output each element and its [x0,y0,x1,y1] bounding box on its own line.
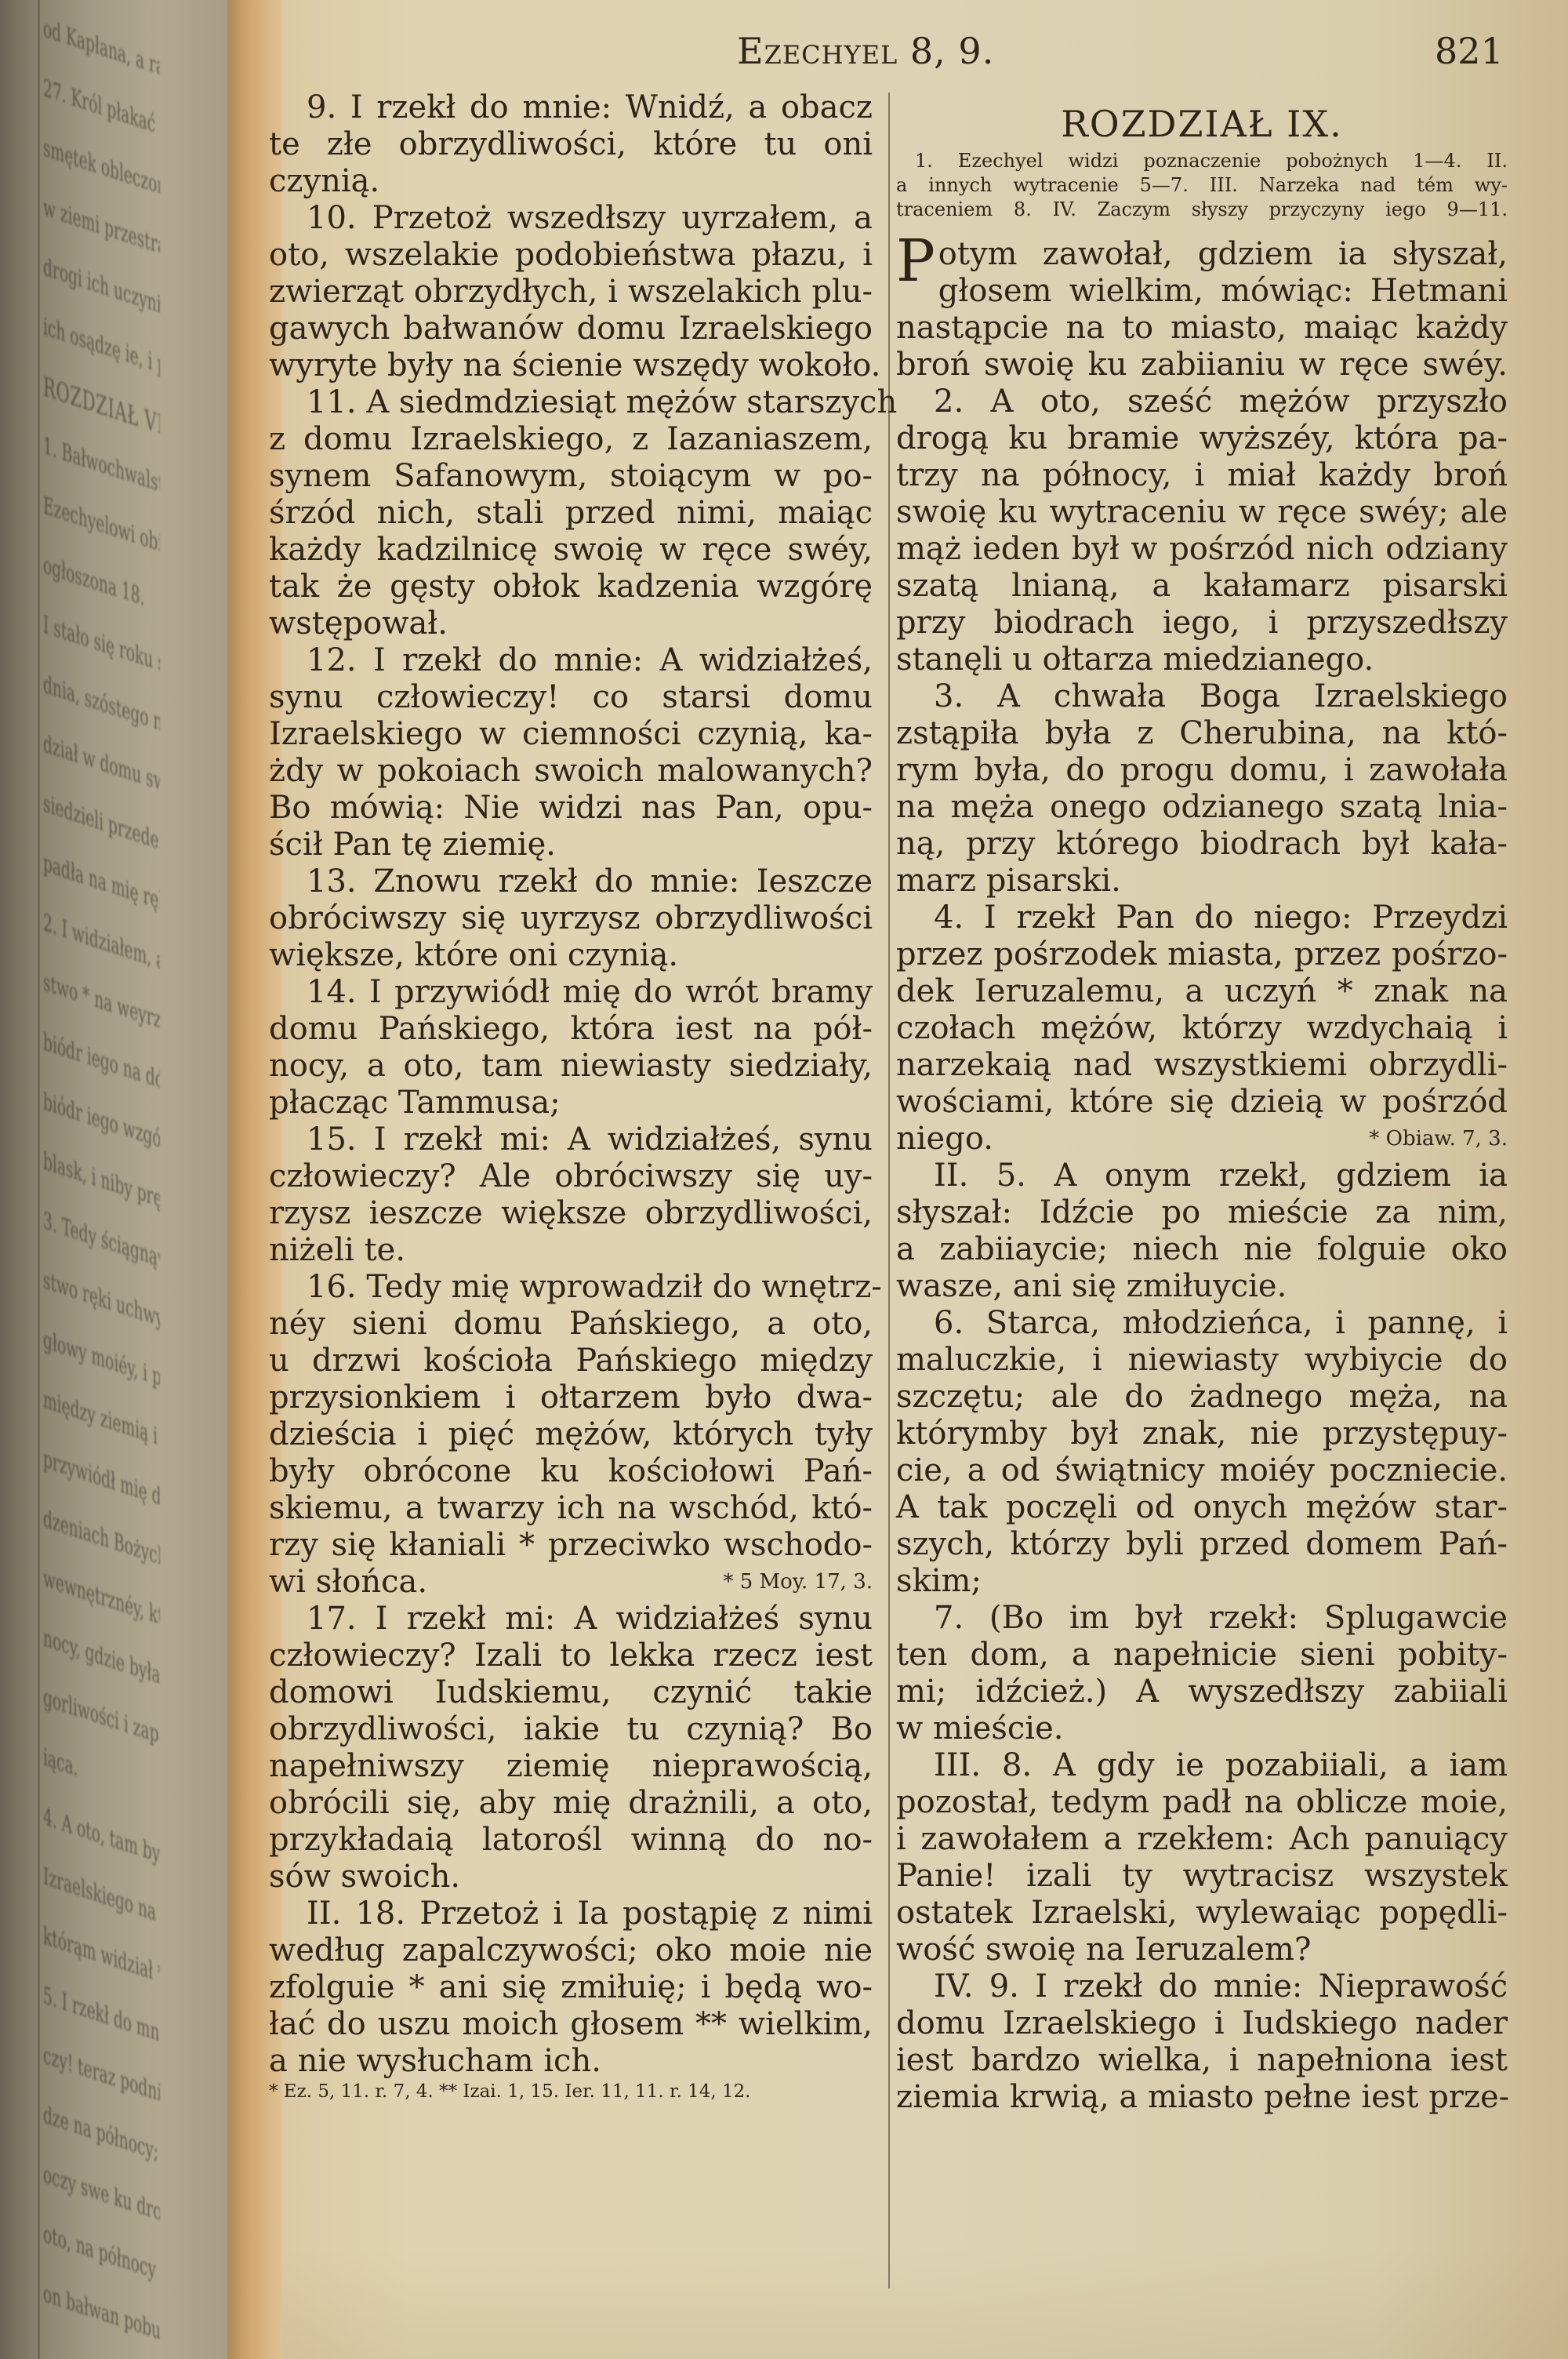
text-line: oto, wszelakie podobieństwa płazu, i [269,237,873,274]
previous-page-line: I stało się roku szóstego [43,612,160,676]
text-line: 7. (Bo im był rzekł: Splugawcie [896,1600,1508,1637]
text-line: narzekaią nad wszystkiemi obrzydli- [896,1047,1508,1084]
line-text: zstąpiła była z Cherubina, na któ- [896,715,1508,751]
text-line: 3. A chwała Boga Izraelskiego [896,678,1508,715]
text-line: szczętu; ale do żadnego męża, na [896,1379,1508,1416]
line-text: 6. Starca, młodzieńca, i pannę, i [934,1305,1508,1341]
previous-page-line: biódr iego wzgórę na weyrzeniu [43,1089,160,1153]
line-text: wi słońca. [269,1564,427,1600]
text-line: Izraelskiego w ciemności czynią, ka- [269,716,873,753]
text-line: Potym zawołał, gdziem ia słyszał, [896,236,1508,273]
previous-page-line: siedzieli przedemną, iż tam przy [43,791,160,855]
line-text: 3. A chwała Boga Izraelskiego [934,678,1508,714]
line-text: Bo mówią: Nie widzi nas Pan, opu- [269,790,873,826]
line-text: iest bardzo wielka, i napełniona iest [896,2042,1508,2078]
summary-line: a innych wytracenie 5—7. III. Narzeka na… [896,173,1508,198]
line-text: z domu Izraelskiego, z Iazaniaszem, [269,421,873,457]
text-line: 11. A siedmdziesiąt mężów starszych [269,384,873,421]
previous-page-line: blask, i niby prędka światłość. [43,1148,160,1212]
running-head-text: Ezechyel 8, 9. [737,30,994,72]
text-line: czołach mężów, którzy wzdychaią i [896,1010,1508,1047]
line-text: niego. [896,1121,993,1157]
line-text: rym była, do progu domu, i zawołała [896,752,1508,788]
text-line: napełniwszy ziemię nieprawością, [269,1748,873,1785]
line-text: IV. 9. I rzekł do mnie: Nieprawość [934,1968,1508,2005]
line-text: trzy na północy, i miał każdy broń [896,457,1508,493]
text-line: sów swoich. [269,1859,873,1896]
text-line: ścił Pan tę ziemię. [269,827,873,863]
text-line: 4. I rzekł Pan do niego: Przeydzi [896,900,1508,936]
text-line: mąż ieden był w pośrzód nich odziany [896,531,1508,568]
text-line: płacząc Tammusa; [269,1085,873,1121]
previous-page-line: głowy moiéy, i podniósł mię [43,1327,160,1391]
line-text: mąż ieden był w pośrzód nich odziany [896,531,1508,567]
text-line: obrzydliwości, iakie tu czynią? Bo [269,1711,873,1748]
text-line: trzy na północy, i miał każdy broń [896,457,1508,494]
previous-page-line: 4. A oto, tam była chwała [43,1804,160,1868]
text-line: 12. I rzekł do mnie: A widziałżeś, [269,642,873,679]
line-text: oto, wszelakie podobieństwa płazu, i [269,237,873,273]
text-line: większe, które oni czynią. [269,937,873,974]
line-text: skiemu, a twarzy ich na wschód, któ- [269,1490,873,1526]
text-line: ostatek Izraelski, wylewaiąc popędli- [896,1895,1508,1932]
text-line: marz pisarski. [896,863,1508,900]
previous-page-line: 5. I rzekł do mnie: Synu [43,1983,160,2047]
line-text: 9. I rzekł do mnie: Wnidź, a obacz [307,89,873,125]
text-line: niżeli te. [269,1232,873,1269]
line-text: te złe obrzydliwości, które tu oni [269,126,873,162]
text-line: domu Izraelskiego i Iudskiego nader [896,2005,1508,2042]
chapter-summary: 1. Ezechyel widzi poznaczenie pobożnych … [896,149,1508,222]
line-text: 16. Tedy mię wprowadził do wnętrz- [307,1269,882,1305]
text-line: i zawołałem a rzekłem: Ach panuiący [896,1821,1508,1858]
page-shading [282,2249,1568,2359]
text-line: którymby był znak, nie przystępuy- [896,1416,1508,1452]
line-text: II. 5. A onym rzekł, gdziem ia [934,1158,1508,1194]
previous-page-line: gorliwości i zapalczywości po- [43,1685,160,1749]
text-line: synu człowieczy! co starsi domu [269,679,873,716]
line-text: człowieczy? Izali to lekka rzecz iest [269,1637,873,1674]
line-text: ścił Pan tę ziemię. [269,827,556,863]
previous-page-edge: od Kapłana, a rada27. Król płakać będzie… [0,0,227,2359]
text-line: w mieście. [896,1710,1508,1747]
text-line: zfolguie * ani się zmiłuię; i będą wo- [269,1969,873,2006]
line-text: 4. I rzekł Pan do niego: Przeydzi [934,900,1508,936]
text-line: domu Pańskiego, która iest na pół- [269,1011,873,1048]
previous-page-line: przywiódł mię do Ieruzalem [43,1446,160,1510]
line-text: A tak poczęli od onych mężów star- [896,1489,1508,1525]
text-line: obróciwszy się uyrzysz obrzydliwości [269,900,873,937]
text-line: skiemu, a twarzy ich na wschód, któ- [269,1490,873,1527]
text-line: zwierząt obrzydłych, i wszelakich plu- [269,274,873,311]
previous-page-line: ogłoszona 18. [43,552,160,616]
line-text: czołach mężów, którzy wzdychaią i [896,1010,1508,1046]
previous-page-line: od Kapłana, a rada [43,16,160,80]
summary-line: traceniem 8. IV. Zaczym słyszy przyczyny… [896,198,1508,222]
line-text: 15. I rzekł mi: A widziałżeś, synu [307,1121,873,1158]
previous-page-line: nocy, gdzie była stolica bał- [43,1625,160,1689]
text-line: 16. Tedy mię wprowadził do wnętrz- [269,1269,873,1306]
line-text: ostatek Izraelski, wylewaiąc popędli- [896,1895,1508,1931]
text-line: iest bardzo wielka, i napełniona iest [896,2042,1508,2079]
text-line: Panie! izali ty wytracisz wszystek [896,1858,1508,1895]
text-line: nocy, a oto, tam niewiasty siedziały, [269,1048,873,1085]
line-text: 14. I przywiódł mię do wrót bramy [307,974,873,1010]
text-line: głosem wielkim, mówiąc: Hetmani [896,273,1508,310]
text-line: niego.* Obiaw. 7, 3. [896,1121,1508,1158]
text-line: drogą ku bramie wyższéy, która pa- [896,420,1508,457]
text-line: swoię ku wytraceniu w ręce swéy; ale [896,494,1508,531]
line-text: każdy kadzilnicę swoię w ręce swéy, [269,532,873,568]
line-text: mi; idźcież.) A wyszedłszy zabiiali [896,1674,1508,1710]
text-line: rzysz ieszcze większe obrzydliwości, [269,1195,873,1232]
line-text: rzy się kłaniali * przeciwko wschodo- [269,1527,873,1563]
line-text: gawych bałwanów domu Izraelskiego [269,311,873,347]
page-footnote: * Ez. 5, 11. r. 7, 4. ** Izai. 1, 15. Ie… [269,2080,873,2103]
left-column: 9. I rzekł do mnie: Wnidź, a obaczte złe… [269,89,873,2103]
text-line: A tak poczęli od onych mężów star- [896,1489,1508,1526]
line-text: nastąpcie na to miasto, maiąc każdy [896,310,1508,346]
line-text: większe, które oni czynią. [269,937,678,973]
line-text: nocy, a oto, tam niewiasty siedziały, [269,1048,873,1084]
text-line: a zabiiaycie; niech nie folguie oko [896,1231,1508,1268]
line-text: domu Pańskiego, która iest na pół- [269,1011,873,1047]
text-line: stanęli u ołtarza miedzianego. [896,642,1508,678]
line-text: Panie! izali ty wytracisz wszystek [896,1858,1508,1894]
right-column-verses: Potym zawołał, gdziem ia słyszał,głosem … [896,236,1508,2116]
text-line: przysionkiem i ołtarzem było dwa- [269,1379,873,1416]
text-line: rzy się kłaniali * przeciwko wschodo- [269,1527,873,1564]
line-text: wość swoię na Ieruzalem? [896,1932,1311,1968]
previous-page-column-rule [38,0,40,2359]
line-text: a nie wysłucham ich. [269,2043,601,2079]
inline-footnote: * 5 Moy. 17, 3. [723,1564,873,1601]
text-line: 14. I przywiódł mię do wrót bramy [269,974,873,1011]
previous-page-line: Izraelskiego na weyrzeniu iako [43,1863,160,1928]
line-text: 17. I rzekł mi: A widziałżeś synu [307,1601,873,1637]
line-text: 11. A siedmdziesiąt mężów starszych [307,384,897,420]
line-text: sów swoich. [269,1859,460,1895]
text-line: II. 5. A onym rzekł, gdziem ia [896,1158,1508,1194]
line-text: marz pisarski. [896,863,1121,899]
line-text: obrzydliwości, iakie tu czynią? Bo [269,1711,873,1747]
line-text: zwierząt obrzydłych, i wszelakich plu- [269,274,873,310]
text-line: słyszał: Idźcie po mieście za nim, [896,1194,1508,1231]
line-text: niżeli te. [269,1232,405,1268]
line-text: ziemia krwią, a miasto pełne iest prze- [896,2079,1509,2115]
text-line: skim; [896,1563,1508,1600]
previous-page-line: smętek obleczone będzie, a ręce lu- [43,135,160,199]
text-line: 10. Przetoż wszedłszy uyrzałem, a [269,200,873,237]
line-text: stanęli u ołtarza miedzianego. [896,642,1374,678]
text-line: gawych bałwanów domu Izraelskiego [269,311,873,347]
line-text: Izraelskiego w ciemności czynią, ka- [269,716,873,752]
text-line: 9. I rzekł do mnie: Wnidź, a obacz [269,89,873,126]
line-text: człowieczy? Ale obróciwszy się uy- [269,1158,873,1194]
line-text: w mieście. [896,1710,1063,1747]
previous-page-line: Ezechyelowi obiawione 1—18. II. i pomsta [43,493,160,557]
text-line: 15. I rzekł mi: A widziałżeś, synu [269,1121,873,1158]
text-line: człowieczy? Izali to lekka rzecz iest [269,1637,873,1674]
previous-page-line: dział w domu swym, i starsi Iudz- [43,731,160,795]
line-text: wstępował. [269,605,448,642]
text-line: ten dom, a napełnicie sieni pobity- [896,1637,1508,1674]
line-text: 12. I rzekł do mnie: A widziałżeś, [307,642,873,678]
previous-page-line: ROZDZIAŁ VIII. [43,373,160,438]
text-line: rym była, do progu domu, i zawołała [896,752,1508,789]
text-line: u drzwi kościoła Pańskiego między [269,1343,873,1379]
line-text: broń swoię ku zabiianiu w ręce swéy. [896,347,1508,383]
text-line: na męża onego odzianego szatą lnia- [896,789,1508,826]
text-line: Bo mówią: Nie widzi nas Pan, opu- [269,790,873,827]
line-text: swoię ku wytraceniu w ręce swéy; ale [896,494,1508,530]
text-line: przy biodrach iego, i przyszedłszy [896,605,1508,642]
line-text: a zabiiaycie; niech nie folguie oko [896,1231,1508,1267]
previous-page-line: oczy swe ku drodze na pół- [43,2161,160,2226]
line-text: przez pośrzodek miasta, przez pośrzo- [896,936,1508,972]
line-text: III. 8. A gdy ie pozabiiali, a iam [934,1747,1508,1783]
text-line: mi; idźcież.) A wyszedłszy zabiiali [896,1674,1508,1710]
text-line: wi słońca.* 5 Moy. 17, 3. [269,1564,873,1601]
line-text: zfolguie * ani się zmiłuię; i będą wo- [269,1969,873,2005]
previous-page-line: dze na północy; a ia podnio- [43,2102,160,2166]
previous-page-line: oto, na północy był u bramy [43,2221,160,2285]
text-line: śrzód nich, stali przed nimi, maiąc [269,495,873,532]
previous-page-line: czy! teraz podnieś oczy swe [43,2042,160,2106]
previous-page-line: drogi ich uczynię im, i wedle sądów [43,254,160,318]
text-line: maluczkie, i niewiasty wybiycie do [896,1342,1508,1379]
text-line: nastąpcie na to miasto, maiąc każdy [896,310,1508,347]
line-text: u drzwi kościoła Pańskiego między [269,1343,873,1379]
inline-footnote: * Obiaw. 7, 3. [1369,1121,1508,1158]
line-text: 7. (Bo im był rzekł: Splugawcie [934,1600,1508,1636]
line-text: 2. A oto, sześć mężów przyszło [934,383,1508,420]
text-line: 13. Znowu rzekł do mnie: Ieszcze [269,863,873,900]
previous-page-line: iąca. [43,1744,160,1808]
line-text: domu Izraelskiego i Iudskiego nader [896,2005,1508,2041]
previous-page-line: on bałwan pobudzaiący [43,2281,160,2345]
previous-page-line: 1. Bałwochwalstwo było w Ieruzalemie pok… [43,433,160,497]
text-line: ziemia krwią, a miasto pełne iest prze- [896,2079,1508,2116]
line-text: II. 18. Przetoż i Ia postąpię z nimi [307,1896,873,1932]
text-line: dek Ieruzalemu, a uczyń * znak na [896,973,1508,1010]
text-line: obrócili się, aby mię drażnili, a oto, [269,1785,873,1822]
text-line: wyryte były na ścienie wszędy wokoło. [269,347,873,384]
text-line: człowieczy? Ale obróciwszy się uy- [269,1158,873,1195]
line-text: narzekaią nad wszystkiemi obrzydli- [896,1047,1508,1083]
text-line: ną, przy którego biodrach był kała- [896,826,1508,863]
line-text: łać do uszu moich głosem ** wielkim, [269,2006,873,2042]
text-line: II. 18. Przetoż i Ia postąpię z nimi [269,1896,873,1932]
line-text: rzysz ieszcze większe obrzydliwości, [269,1195,873,1231]
line-text: według zapalczywości; oko moie nie [269,1932,873,1968]
page-number: 821 [1435,30,1504,72]
line-text: przysionkiem i ołtarzem było dwa- [269,1379,873,1416]
text-line: z domu Izraelskiego, z Iazaniaszem, [269,421,873,458]
line-text: szczętu; ale do żadnego męża, na [896,1379,1508,1415]
previous-page-line: ich osądzę ie, i poznaią, żem Ia Pan. [43,314,160,378]
previous-page-line: 27. Król płakać będzie, a Książę [43,75,160,140]
text-line: 17. I rzekł mi: A widziałżeś synu [269,1601,873,1637]
text-line: przez pośrzodek miasta, przez pośrzo- [896,936,1508,973]
text-line: synem Safanowym, stoiącym w po- [269,458,873,495]
column-rule [888,93,890,2288]
summary-line: 1. Ezechyel widzi poznaczenie pobożnych … [896,149,1508,173]
line-text: tak że gęsty obłok kadzenia wzgórę [269,569,873,605]
text-line: żdy w pokoiach swoich malowanych? [269,753,873,790]
text-line: tak że gęsty obłok kadzenia wzgórę [269,569,873,605]
text-line: néy sieni domu Pańskiego, a oto, [269,1306,873,1343]
previous-page-line: padła na mię ręka panuiącego Pana. [43,850,160,914]
text-line: szych, którzy byli przed domem Pań- [896,1526,1508,1563]
text-line: domowi Iudskiemu, czynić takie [269,1674,873,1711]
line-text: 13. Znowu rzekł do mnie: Ieszcze [307,863,873,900]
previous-page-line: między ziemią i między niebem, [43,1387,160,1451]
line-text: pozostał, tedym padł na oblicze moie, [896,1784,1508,1820]
text-line: a nie wysłucham ich. [269,2043,873,2080]
line-text: czynią. [269,163,379,199]
line-text: na męża onego odzianego szatą lnia- [896,789,1508,825]
line-text: dzieścia i pięć mężów, których tyły [269,1416,873,1452]
previous-page-line: dzeniach Bożych, do wnijścia [43,1506,160,1570]
previous-page-line: stwo ręki uchwycił mię u kędzierza [43,1267,160,1332]
chapter-title: ROZDZIAŁ IX. [896,102,1508,146]
text-line: dzieścia i pięć mężów, których tyły [269,1416,873,1453]
text-line: zstąpiła była z Cherubina, na któ- [896,715,1508,752]
running-head: Ezechyel 8, 9. [737,30,994,72]
line-text: i zawołałem a rzekłem: Ach panuiący [896,1821,1508,1857]
text-line: wość swoię na Ieruzalem? [896,1932,1508,1968]
text-line: łać do uszu moich głosem ** wielkim, [269,2006,873,2043]
line-text: maluczkie, i niewiasty wybiycie do [896,1342,1508,1378]
line-text: obróciwszy się uyrzysz obrzydliwości [269,900,873,936]
line-text: szatą lnianą, a kałamarz pisarski [896,568,1508,604]
line-text: słyszał: Idźcie po mieście za nim, [896,1194,1508,1230]
line-text: 10. Przetoż wszedłszy uyrzałem, a [307,200,873,236]
right-column: ROZDZIAŁ IX. 1. Ezechyel widzi poznaczen… [896,102,1508,2116]
text-line: IV. 9. I rzekł do mnie: Nieprawość [896,1968,1508,2005]
line-text: wościami, które się dzieią w pośrzód [896,1084,1508,1120]
line-text: którymby był znak, nie przystępuy- [896,1416,1508,1452]
previous-page-line: stwo * na weyrzeniu iako ogień; [43,969,160,1034]
text-line: wstępował. [269,605,873,642]
text-line: czynią. [269,163,873,200]
line-text: żdy w pokoiach swoich malowanych? [269,753,873,789]
text-line: wościami, które się dzieią w pośrzód [896,1084,1508,1121]
text-line: były obrócone ku kościołowi Pań- [269,1453,873,1490]
text-line: broń swoię ku zabiianiu w ręce swéy. [896,347,1508,383]
line-text: synu człowieczy! co starsi domu [269,679,873,715]
line-text: dek Ieruzalemu, a uczyń * znak na [896,973,1508,1009]
previous-page-line: wewnętrznéy, która patrzy [43,1565,160,1630]
previous-page-line: dnia, szóstego miesiąca, gdym [43,671,160,736]
line-text: przy biodrach iego, i przyszedłszy [896,605,1508,641]
line-text: przykładaią latorośl winną do no- [269,1822,873,1858]
line-text: cie, a od świątnicy moiéy poczniecie. [896,1452,1508,1488]
text-line: przykładaią latorośl winną do no- [269,1822,873,1859]
text-line: cie, a od świątnicy moiéy poczniecie. [896,1452,1508,1489]
line-text: wyryte były na ścienie wszędy wokoło. [269,347,880,383]
line-text: skim; [896,1563,982,1599]
previous-page-line: biódr iego na dół iako ogień, a [43,1029,160,1093]
line-text: płacząc Tammusa; [269,1085,561,1121]
line-text: głosem wielkim, mówiąc: Hetmani [938,273,1508,309]
previous-page-line: w ziemi przestraszone będą. Wedle [43,194,160,259]
previous-page-line: 2. I widziałem, a oto, podobień- [43,910,160,974]
text-line: szatą lnianą, a kałamarz pisarski [896,568,1508,605]
line-text: śrzód nich, stali przed nimi, maiąc [269,495,873,531]
line-text: ten dom, a napełnicie sieni pobity- [896,1637,1508,1673]
text-line: pozostał, tedym padł na oblicze moie, [896,1784,1508,1821]
text-line: III. 8. A gdy ie pozabiiali, a iam [896,1747,1508,1784]
line-text: wasze, ani się zmiłuycie. [896,1268,1287,1304]
text-line: te złe obrzydliwości, które tu oni [269,126,873,163]
line-text: obrócili się, aby mię drażnili, a oto, [269,1785,873,1821]
line-text: synem Safanowym, stoiącym w po- [269,458,873,494]
line-text: były obrócone ku kościołowi Pań- [269,1453,873,1489]
line-text: szych, którzy byli przed domem Pań- [896,1526,1508,1562]
line-text: néy sieni domu Pańskiego, a oto, [269,1306,873,1342]
text-line: 6. Starca, młodzieńca, i pannę, i [896,1305,1508,1342]
line-text: otym zawołał, gdziem ia słyszał, [938,236,1508,272]
previous-page-line: 3. Tedy ściągnąwszy * podobień- [43,1208,160,1272]
line-text: ną, przy którego biodrach był kała- [896,826,1508,862]
line-text: domowi Iudskiemu, czynić takie [269,1674,873,1710]
text-line: każdy kadzilnicę swoię w ręce swéy, [269,532,873,569]
line-text: drogą ku bramie wyższéy, która pa- [896,420,1508,456]
text-line: według zapalczywości; oko moie nie [269,1932,873,1969]
previous-page-line: którąm widział * na polu. [43,1923,160,1987]
line-text: napełniwszy ziemię nieprawością, [269,1748,873,1784]
text-line: 2. A oto, sześć mężów przyszło [896,383,1508,420]
drop-cap: P [896,238,935,285]
text-line: wasze, ani się zmiłuycie. [896,1268,1508,1305]
